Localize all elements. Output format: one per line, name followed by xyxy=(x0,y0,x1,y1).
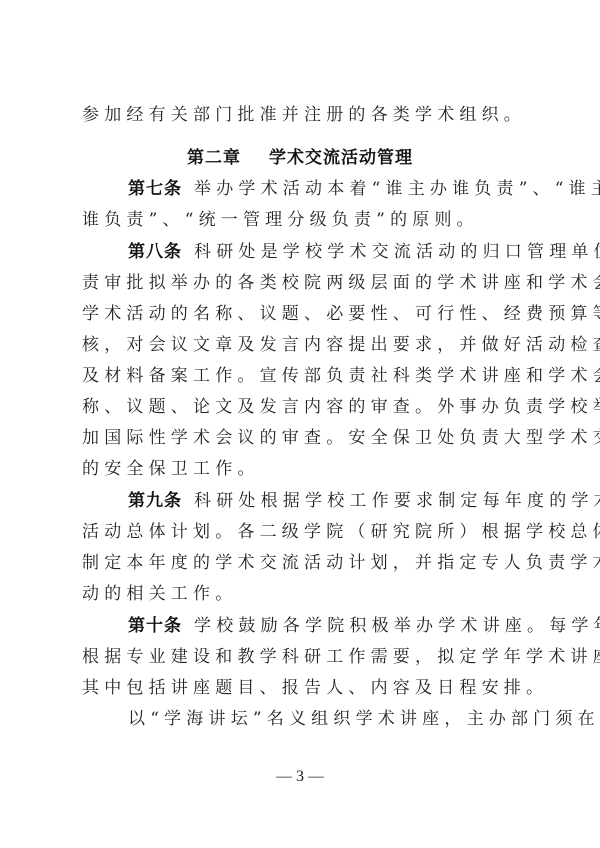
text-line: 及材料备案工作。宣传部负责社科类学术讲座和学术会议的名 xyxy=(82,366,518,386)
chapter-title: 学术交流活动管理 xyxy=(269,148,413,168)
article-9-first-line: 第九条科研处根据学校工作要求制定每年度的学术交流 xyxy=(128,491,518,511)
text-line: 称、议题、论文及发言内容的审查。外事办负责学校举办或参 xyxy=(82,397,518,417)
page-number: — 3 — xyxy=(0,767,600,787)
chapter-heading: 第二章学术交流活动管理 xyxy=(0,147,600,169)
text-line: 核，对会议文章及发言内容提出要求，并做好活动检查监督以 xyxy=(82,335,518,355)
article-8-first-line: 第八条科研处是学校学术交流活动的归口管理单位，负 xyxy=(128,242,518,262)
text-line: 加国际性学术会议的审查。安全保卫处负责大型学术交流活动 xyxy=(82,428,518,448)
text-line: 的安全保卫工作。 xyxy=(82,459,518,479)
article-10-first-line: 第十条学校鼓励各学院积极举办学术讲座。每学年初， xyxy=(128,616,518,636)
text-line: 谁负责”、“统一管理分级负责”的原则。 xyxy=(82,210,518,230)
paragraph-first-line: 以“学海讲坛”名义组织学术讲座，主办部门须在举办前 xyxy=(128,709,518,729)
article-label: 第九条 xyxy=(128,491,182,511)
text-line: 其中包括讲座题目、报告人、内容及日程安排。 xyxy=(82,678,518,698)
text-line: 参加经有关部门批准并注册的各类学术组织。 xyxy=(82,105,518,125)
chapter-number: 第二章 xyxy=(187,148,241,168)
text-line: 根据专业建设和教学科研工作需要，拟定学年学术讲座计划， xyxy=(82,647,518,667)
text-line: 学术活动的名称、议题、必要性、可行性、经费预算等进行审 xyxy=(82,304,518,324)
article-label: 第七条 xyxy=(128,179,182,199)
text-line: 制定本年度的学术交流活动计划，并指定专人负责学术交流活 xyxy=(82,553,518,573)
article-label: 第八条 xyxy=(128,242,182,262)
text-line: 活动总体计划。各二级学院（研究院所）根据学校总体计划， xyxy=(82,522,518,542)
text-line: 动的相关工作。 xyxy=(82,584,518,604)
article-7-first-line: 第七条举办学术活动本着“谁主办谁负责”、“谁主管 xyxy=(128,179,518,199)
document-page: 参加经有关部门批准并注册的各类学术组织。 第二章学术交流活动管理 第七条举办学术… xyxy=(0,0,600,848)
text-line: 责审批拟举办的各类校院两级层面的学术讲座和学术会议，对 xyxy=(82,273,518,293)
article-label: 第十条 xyxy=(128,616,182,636)
